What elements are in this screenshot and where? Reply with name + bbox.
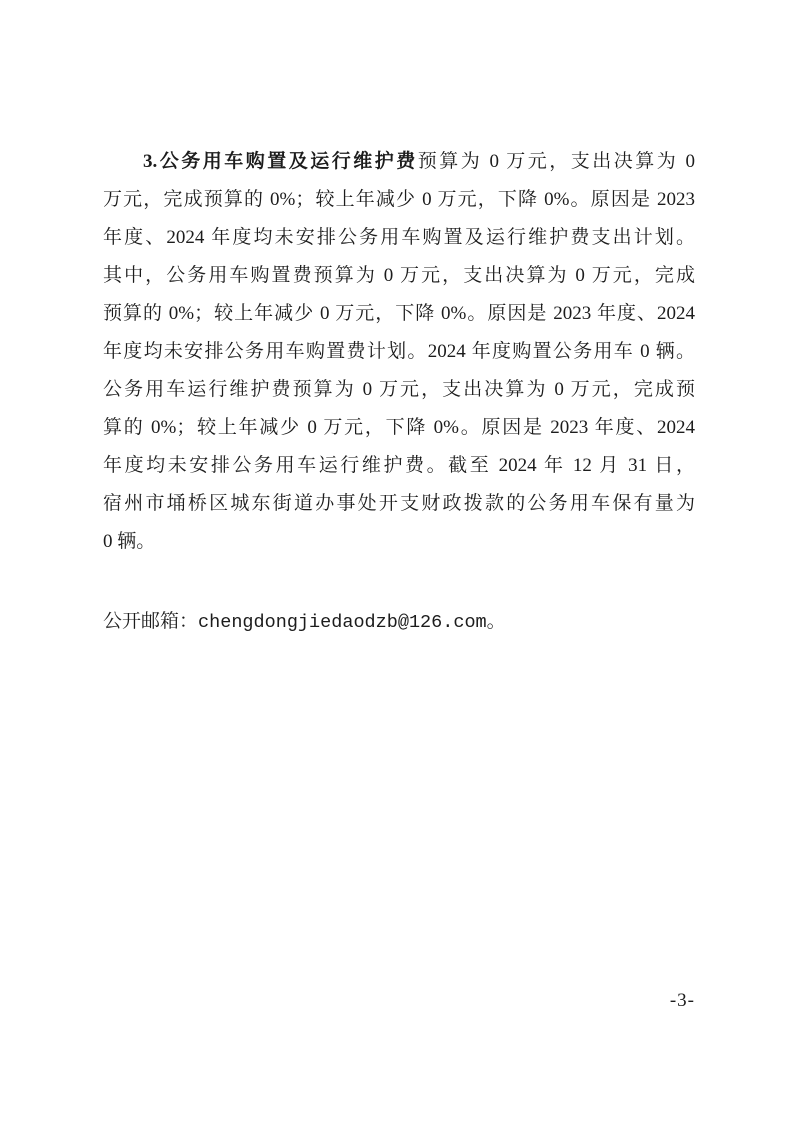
section-3-paragraph: 3.公务用车购置及运行维护费预算为 0 万元，支出决算为 0 万元，完成预算的 … — [103, 143, 695, 642]
paragraph-line: 预算的 0%；较上年减少 0 万元，下降 0%。原因是 2023 年度、2024 — [103, 295, 695, 333]
page-number: -3- — [670, 990, 695, 1012]
paragraph-line: 3.公务用车购置及运行维护费预算为 0 万元，支出决算为 0 — [103, 143, 695, 181]
email-label: 公开邮箱： — [103, 611, 198, 632]
paragraph-line: 宿州市埇桥区城东街道办事处开支财政拨款的公务用车保有量为 — [103, 485, 695, 523]
document-page: 3.公务用车购置及运行维护费预算为 0 万元，支出决算为 0 万元，完成预算的 … — [0, 0, 793, 1122]
paragraph-line: 年度均未安排公务用车购置费计划。2024 年度购置公务用车 0 辆。 — [103, 333, 695, 371]
section-heading: 3.公务用车购置及运行维护费 — [143, 151, 418, 172]
public-email-paragraph: 公开邮箱：chengdongjiedaodzb@126.com。 — [103, 603, 695, 642]
email-address: chengdongjiedaodzb@126.com — [198, 612, 487, 633]
paragraph-line: 其中，公务用车购置费预算为 0 万元，支出决算为 0 万元，完成 — [103, 257, 695, 295]
paragraph-line: 0 辆。 — [103, 523, 695, 561]
paragraph-line: 年度、2024 年度均未安排公务用车购置及运行维护费支出计划。 — [103, 219, 695, 257]
paragraph-line: 万元，完成预算的 0%；较上年减少 0 万元，下降 0%。原因是 2023 — [103, 181, 695, 219]
email-suffix: 。 — [487, 611, 506, 632]
paragraph-line: 公务用车运行维护费预算为 0 万元，支出决算为 0 万元，完成预 — [103, 371, 695, 409]
paragraph-line: 年度均未安排公务用车运行维护费。截至 2024 年 12 月 31 日， — [103, 447, 695, 485]
paragraph-line-text: 预算为 0 万元，支出决算为 0 — [418, 151, 695, 172]
paragraph-line: 算的 0%；较上年减少 0 万元，下降 0%。原因是 2023 年度、2024 — [103, 409, 695, 447]
